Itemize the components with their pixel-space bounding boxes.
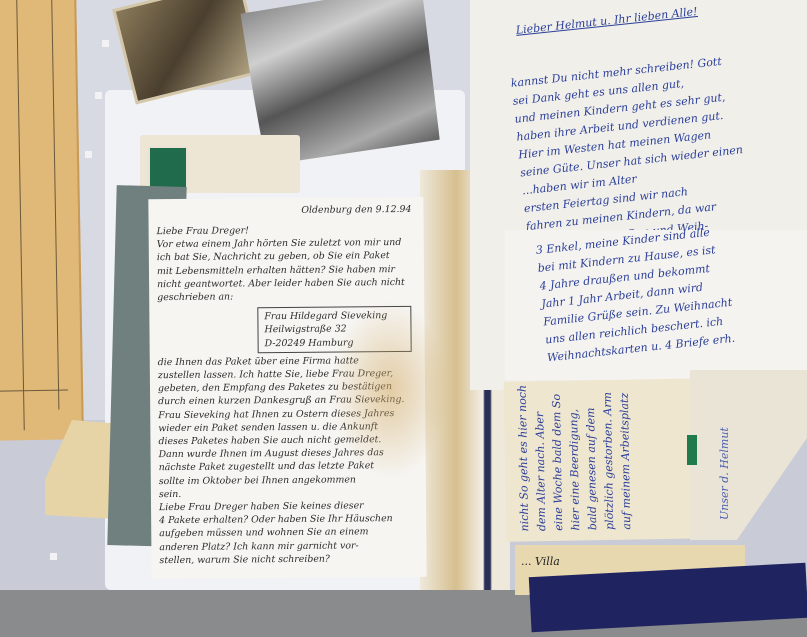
blue-letter-body-lower: 3 Enkel, meine Kinder sind alle bei mit … bbox=[535, 222, 737, 367]
paper-dot bbox=[85, 151, 92, 158]
blue-letter-header: Lieber Helmut u. Ihr lieben Alle! bbox=[515, 3, 698, 40]
postage-stamp-icon bbox=[687, 435, 697, 465]
water-stain bbox=[330, 300, 450, 480]
postage-stamp-icon bbox=[148, 146, 188, 190]
paper-dot bbox=[95, 92, 102, 99]
postcard: nicht So geht es hier noch dem Alter nac… bbox=[504, 378, 707, 541]
paper-dot bbox=[50, 553, 57, 560]
letter-line: eine Woche bald dem So bbox=[548, 384, 568, 531]
letter-line: stellen, warum Sie nicht schreiben? bbox=[159, 552, 421, 567]
letter-date: Oldenburg den 9.12.94 bbox=[301, 203, 411, 217]
envelope-address: Unser d. Helmut bbox=[718, 427, 731, 520]
right-envelope: Unser d. Helmut bbox=[690, 370, 807, 540]
blue-ink-letter-lower: 3 Enkel, meine Kinder sind alle bei mit … bbox=[505, 230, 807, 380]
letter-line: nicht geantwortet. Aber leider haben Sie… bbox=[157, 276, 419, 291]
letter-line: nicht So geht es hier noch bbox=[514, 385, 534, 532]
postcard-text: nicht So geht es hier noch dem Alter nac… bbox=[514, 383, 636, 532]
letter-line: auf meinem Arbeitsplatz bbox=[616, 383, 636, 530]
paper-dot bbox=[102, 40, 109, 47]
envelope-text: ... Villa bbox=[521, 555, 560, 568]
ledger-sheet bbox=[0, 0, 84, 441]
